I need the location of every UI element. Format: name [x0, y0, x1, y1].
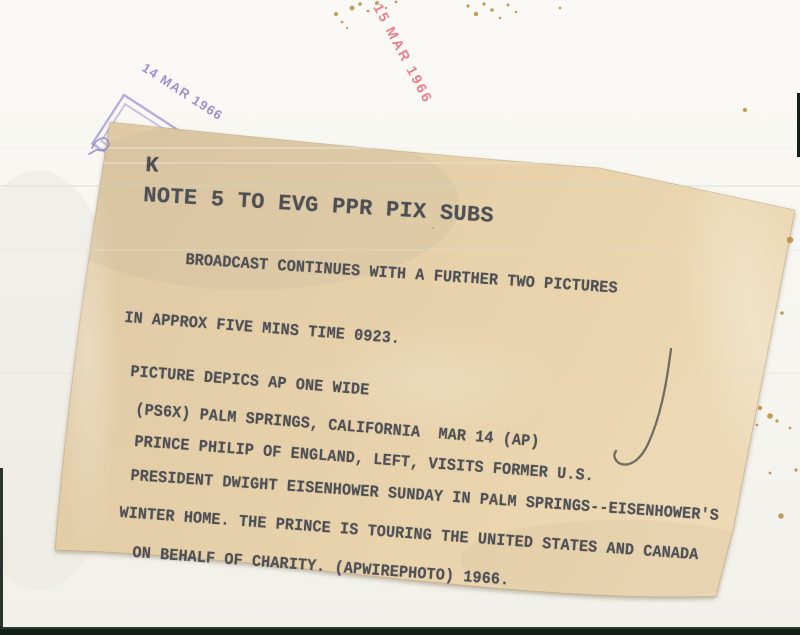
scan-artwork: 14 MAR 1966 15 MAR 1966 [0, 0, 800, 635]
wirephoto-caption-scan: 14 MAR 1966 15 MAR 1966 [0, 0, 800, 635]
scan-edge-left [0, 468, 3, 628]
scan-edge-bottom [0, 628, 800, 635]
red-date-stamp-text: 15 MAR 1966 [370, 1, 436, 106]
scan-edge-bottom-highlight [0, 627, 800, 629]
